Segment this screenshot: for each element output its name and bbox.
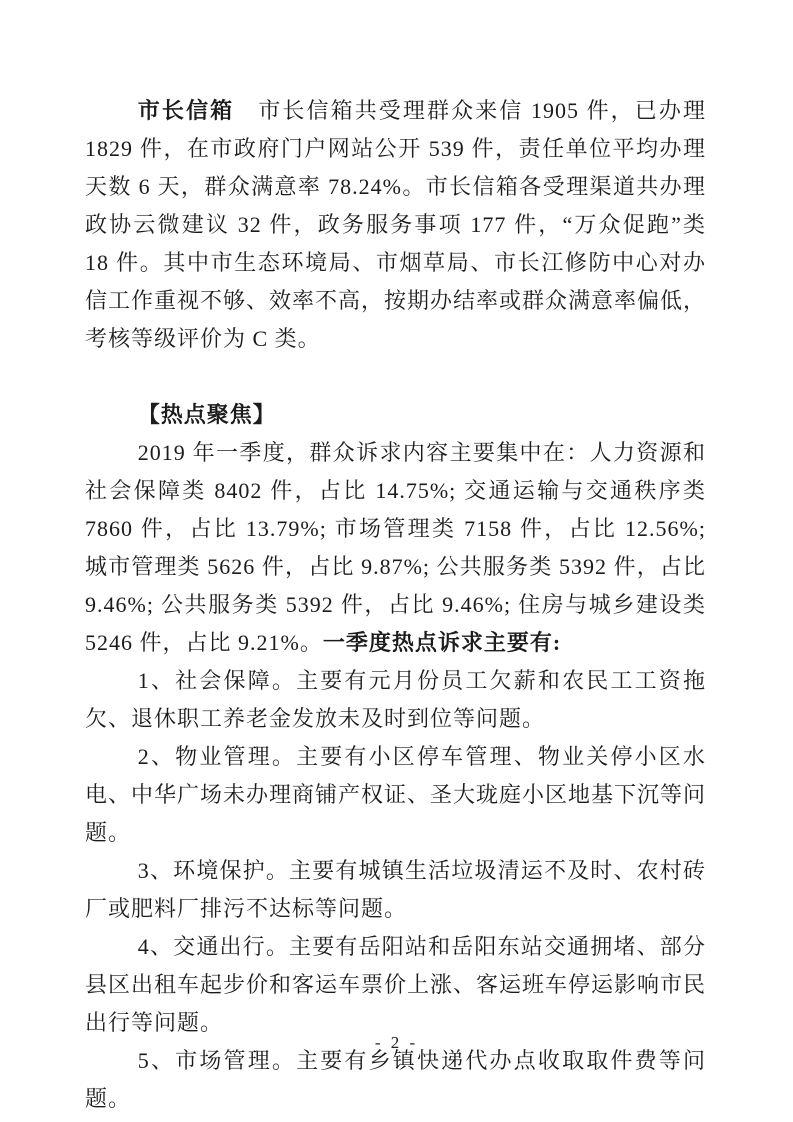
page-number: - 2 -	[0, 1033, 793, 1053]
para-q1-demand-overview: 2019 年一季度，群众诉求内容主要集中在：人力资源和社会保障类 8402 件，…	[85, 434, 706, 662]
item-1-social-security-segment: 1、社会保障。主要有元月份员工欠薪和农民工工资拖欠、退休职工养老金发放未及时到位…	[85, 668, 706, 731]
item-1-social-security: 1、社会保障。主要有元月份员工欠薪和农民工工资拖欠、退休职工养老金发放未及时到位…	[85, 662, 706, 738]
para-q1-demand-overview-segment: 2019 年一季度，群众诉求内容主要集中在：人力资源和社会保障类 8402 件，…	[85, 440, 706, 655]
item-2-property-management-segment: 2、物业管理。主要有小区停车管理、物业关停小区水电、中华广场未办理商铺产权证、圣…	[85, 744, 706, 845]
document-page: 市长信箱 市长信箱共受理群众来信 1905 件，已办理 1829 件，在市政府门…	[0, 0, 793, 1122]
para-mayor-mailbox-segment: 市长信箱共受理群众来信 1905 件，已办理 1829 件，在市政府门户网站公开…	[85, 98, 706, 351]
document-body: 市长信箱 市长信箱共受理群众来信 1905 件，已办理 1829 件，在市政府门…	[85, 92, 706, 1118]
heading-hotspot-focus-segment: 【热点聚焦】	[138, 402, 276, 427]
para-mayor-mailbox: 市长信箱 市长信箱共受理群众来信 1905 件，已办理 1829 件，在市政府门…	[85, 92, 706, 358]
heading-hotspot-focus: 【热点聚焦】	[85, 396, 706, 434]
para-mayor-mailbox-segment: 市长信箱	[138, 98, 234, 123]
item-4-transportation-segment: 4、交通出行。主要有岳阳站和岳阳东站交通拥堵、部分县区出租车起步价和客运车票价上…	[85, 934, 706, 1035]
item-3-environmental-protection: 3、环境保护。主要有城镇生活垃圾清运不及时、农村砖厂或肥料厂排污不达标等问题。	[85, 852, 706, 928]
item-5-market-management-segment: 5、市场管理。主要有乡镇快递代办点收取取件费等问题。	[85, 1048, 706, 1111]
item-4-transportation: 4、交通出行。主要有岳阳站和岳阳东站交通拥堵、部分县区出租车起步价和客运车票价上…	[85, 928, 706, 1042]
para-q1-demand-overview-segment: 一季度热点诉求主要有:	[323, 630, 561, 655]
item-2-property-management: 2、物业管理。主要有小区停车管理、物业关停小区水电、中华广场未办理商铺产权证、圣…	[85, 738, 706, 852]
item-5-market-management: 5、市场管理。主要有乡镇快递代办点收取取件费等问题。	[85, 1042, 706, 1118]
item-3-environmental-protection-segment: 3、环境保护。主要有城镇生活垃圾清运不及时、农村砖厂或肥料厂排污不达标等问题。	[85, 858, 706, 921]
